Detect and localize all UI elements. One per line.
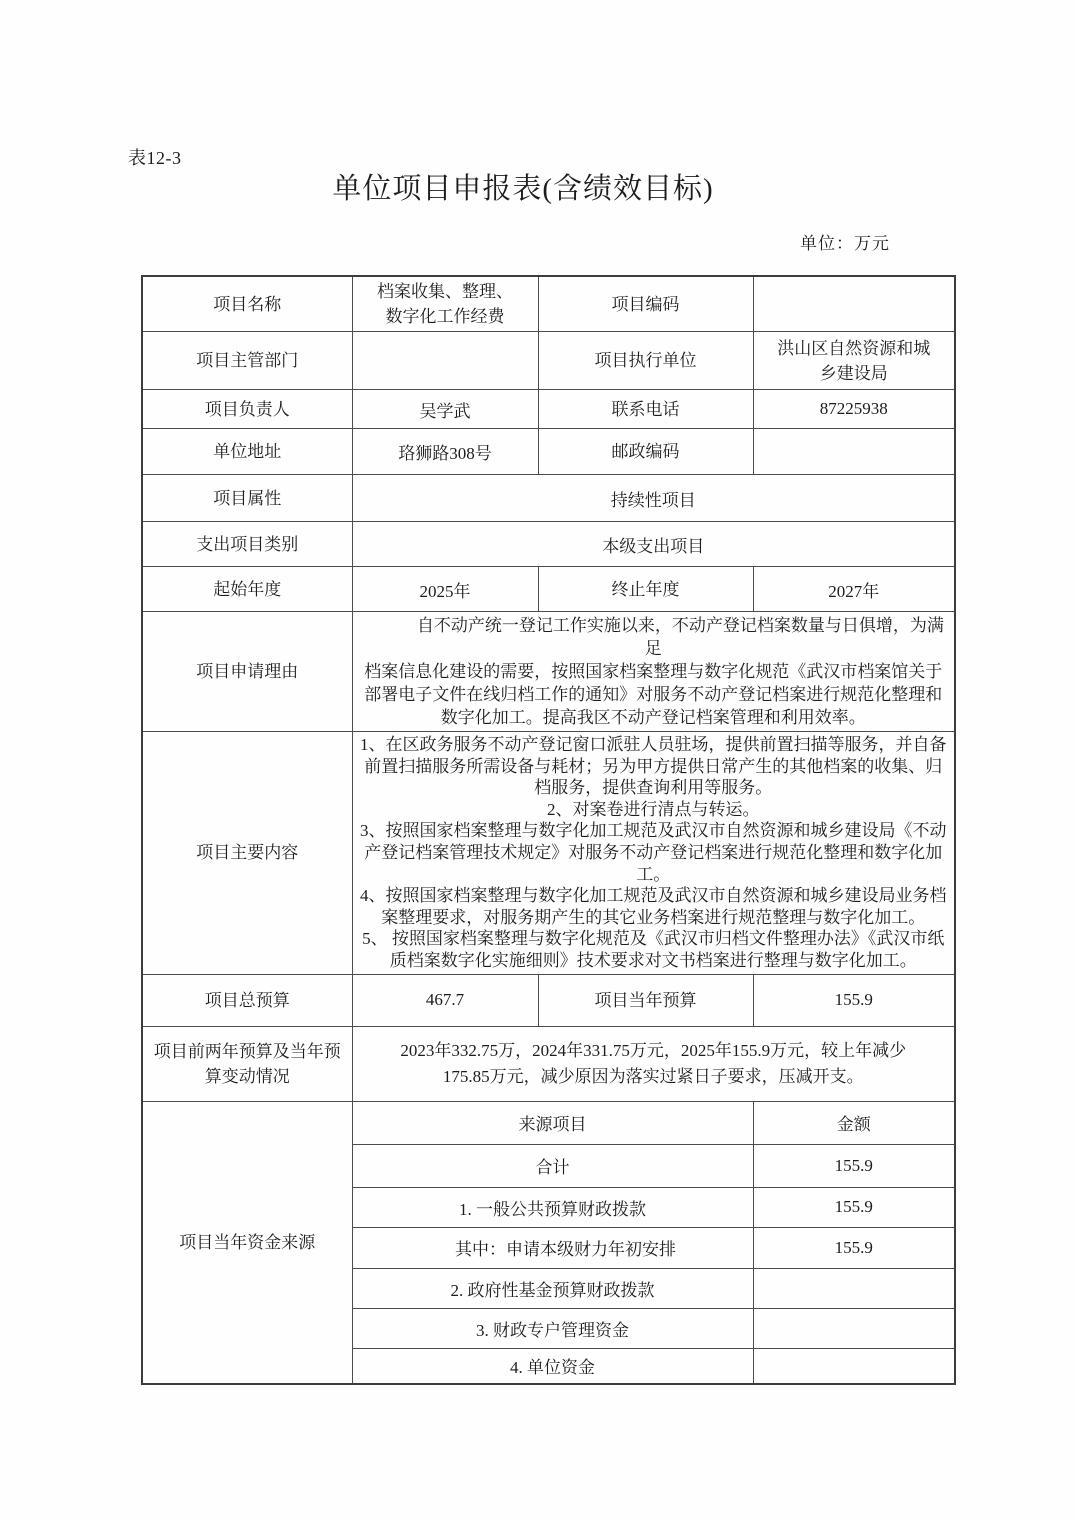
supervisor-dept-value (352, 332, 538, 390)
postal-code-value (753, 429, 955, 475)
total-budget-value: 467.7 (352, 974, 538, 1026)
start-year-value: 2025年 (352, 567, 538, 612)
funding-amount-cell: 155.9 (753, 1187, 955, 1227)
table-row: 起始年度 2025年 终止年度 2027年 (142, 567, 955, 612)
funding-amount-cell: 155.9 (753, 1227, 955, 1268)
funding-amount-cell (753, 1268, 955, 1308)
table-row: 项目主要内容 1、在区政务服务不动产登记窗口派驻人员驻场，提供前置扫描等服务，并… (142, 732, 955, 975)
start-year-label: 起始年度 (142, 567, 352, 612)
table-row: 项目属性 持续性项目 (142, 475, 955, 522)
funding-label-cell: 4. 单位资金 (352, 1348, 753, 1384)
funding-label-cell: 1. 一般公共预算财政拨款 (352, 1187, 753, 1227)
funding-label-cell: 3. 财政专户管理资金 (352, 1308, 753, 1348)
document-page: 表12-3 单位项目申报表(含绩效目标) 单位：万元 项目名称 档案收集、整理、… (0, 0, 1075, 1520)
page-title: 单位项目申报表(含绩效目标) (0, 166, 1046, 207)
project-attribute-label: 项目属性 (142, 475, 352, 522)
current-year-budget-value: 155.9 (753, 974, 955, 1026)
expenditure-category-value: 本级支出项目 (352, 522, 955, 567)
executing-unit-value: 洪山区自然资源和城 乡建设局 (753, 332, 955, 390)
table-row: 项目当年资金来源 来源项目 金额 (142, 1101, 955, 1144)
declaration-form-table: 项目名称 档案收集、整理、 数字化工作经费 项目编码 项目主管部门 项目执行单位… (141, 275, 956, 1385)
funding-label-cell: 其中：申请本级财力年初安排 (352, 1227, 753, 1268)
expenditure-category-label: 支出项目类别 (142, 522, 352, 567)
postal-code-label: 邮政编码 (538, 429, 753, 475)
supervisor-dept-label: 项目主管部门 (142, 332, 352, 390)
table-row: 项目前两年预算及当年预 算变动情况 2023年332.75万，2024年331.… (142, 1026, 955, 1101)
table-row: 项目申请理由 自不动产统一登记工作实施以来，不动产登记档案数量与日俱增，为满足 … (142, 612, 955, 732)
table-row: 项目名称 档案收集、整理、 数字化工作经费 项目编码 (142, 276, 955, 332)
unit-address-value: 珞狮路308号 (352, 429, 538, 475)
previous-budget-changes-value: 2023年332.75万，2024年331.75万元，2025年155.9万元，… (352, 1026, 955, 1101)
contact-phone-label: 联系电话 (538, 390, 753, 429)
application-reason-label: 项目申请理由 (142, 612, 352, 732)
funding-source-label: 项目当年资金来源 (142, 1101, 352, 1384)
contact-phone-value: 87225938 (753, 390, 955, 429)
project-code-value (753, 276, 955, 332)
project-code-label: 项目编码 (538, 276, 753, 332)
end-year-label: 终止年度 (538, 567, 753, 612)
table-row: 支出项目类别 本级支出项目 (142, 522, 955, 567)
funding-amount-cell: 155.9 (753, 1144, 955, 1187)
table-row: 单位地址 珞狮路308号 邮政编码 (142, 429, 955, 475)
funding-label-cell: 2. 政府性基金预算财政拨款 (352, 1268, 753, 1308)
total-budget-label: 项目总预算 (142, 974, 352, 1026)
application-reason-value: 自不动产统一登记工作实施以来，不动产登记档案数量与日俱增，为满足 档案信息化建设… (352, 612, 955, 732)
project-attribute-value: 持续性项目 (352, 475, 955, 522)
funding-label-cell: 合计 (352, 1144, 753, 1187)
source-item-header: 来源项目 (352, 1101, 753, 1144)
previous-budget-changes-label: 项目前两年预算及当年预 算变动情况 (142, 1026, 352, 1101)
project-name-value: 档案收集、整理、 数字化工作经费 (352, 276, 538, 332)
executing-unit-label: 项目执行单位 (538, 332, 753, 390)
main-content-label: 项目主要内容 (142, 732, 352, 975)
table-row: 项目负责人 吴学武 联系电话 87225938 (142, 390, 955, 429)
table-row: 项目主管部门 项目执行单位 洪山区自然资源和城 乡建设局 (142, 332, 955, 390)
amount-header: 金额 (753, 1101, 955, 1144)
main-content-value: 1、在区政务服务不动产登记窗口派驻人员驻场，提供前置扫描等服务，并自备 前置扫描… (352, 732, 955, 975)
unit-address-label: 单位地址 (142, 429, 352, 475)
project-leader-value: 吴学武 (352, 390, 538, 429)
unit-note: 单位：万元 (800, 229, 890, 254)
end-year-value: 2027年 (753, 567, 955, 612)
current-year-budget-label: 项目当年预算 (538, 974, 753, 1026)
project-leader-label: 项目负责人 (142, 390, 352, 429)
project-name-label: 项目名称 (142, 276, 352, 332)
funding-amount-cell (753, 1348, 955, 1384)
funding-amount-cell (753, 1308, 955, 1348)
table-row: 项目总预算 467.7 项目当年预算 155.9 (142, 974, 955, 1026)
